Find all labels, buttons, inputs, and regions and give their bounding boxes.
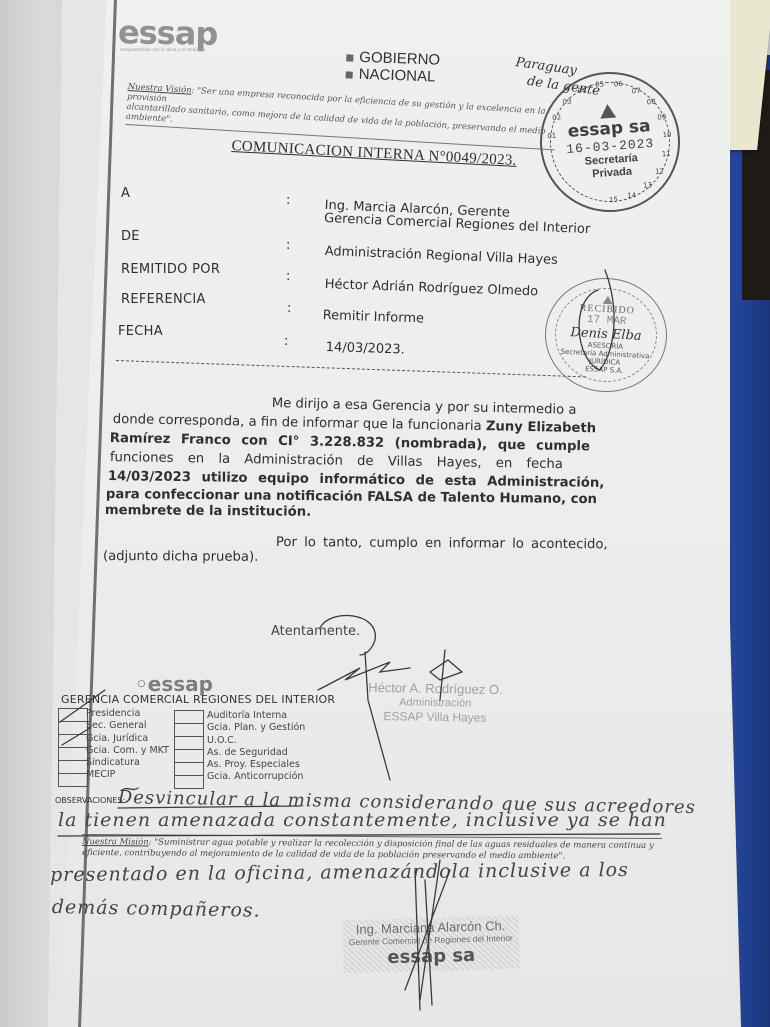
field-colon: : (287, 301, 291, 316)
secretaria-privada-stamp: essap sa 16-03-2023 Secretaría Privada 0… (535, 67, 684, 216)
recibido-signature: Denis Elba (570, 325, 642, 344)
distribution-item: U.O.C. (207, 735, 305, 747)
distribution-item: Gcia. Anticorrupción (207, 771, 305, 783)
field-label: DE (121, 229, 140, 244)
handwritten-observation-line4: demás compañeros. (52, 896, 261, 922)
dial-number: 12 (655, 167, 664, 176)
distribution-checkbox (174, 736, 204, 749)
distribution-checkbox (58, 708, 88, 721)
field-label: FECHA (118, 324, 163, 339)
distribution-checkbox (174, 710, 204, 723)
square-bullet-icon (346, 54, 353, 61)
distribution-item: Gcia. Jurídica (86, 733, 169, 745)
essap-logo-tagline: comprometidos con la salud y el ambiente (120, 47, 205, 52)
signer-name: Héctor A. Rodríguez O. (368, 681, 503, 697)
recibido-date: 17 MAR (587, 314, 627, 328)
distribution-right-boxes (174, 710, 204, 789)
recibido-line4: ESSAP S.A. (585, 365, 624, 375)
distribution-checkbox (174, 775, 204, 788)
dial-number: 14 (627, 191, 636, 200)
dial-number: 10 (662, 131, 671, 140)
distribution-item: Gcia. Plan. y Gestión (207, 722, 305, 734)
body-line: membrete de la institución. (105, 503, 311, 520)
distribution-heading: GERENCIA COMERCIAL REGIONES DEL INTERIOR (61, 693, 335, 706)
field-colon: : (286, 193, 290, 208)
field-colon: : (284, 334, 288, 349)
manager-stamp-brand: essap sa (349, 944, 513, 969)
dial-number: 13 (643, 181, 652, 190)
distribution-item: MECIP (86, 769, 169, 781)
recibido-line3: JURÍDICA (589, 357, 621, 367)
dial-number: 11 (662, 150, 671, 159)
dial-number: 04 (577, 87, 586, 96)
distribution-item: As. de Seguridad (207, 747, 305, 759)
distribution-item: As. Proy. Especiales (207, 759, 305, 771)
triangle-icon (603, 296, 613, 305)
mission-label: Nuestra Misión (82, 837, 149, 847)
dial-number: 03 (562, 98, 571, 107)
distribution-checkbox (174, 762, 204, 775)
distribution-item: Sindicatura (86, 757, 169, 769)
recibido-line1: ASESORÍA (588, 341, 624, 351)
distribution-item: Presidencia (86, 708, 169, 720)
distribution-item: Sec. General (86, 720, 169, 732)
distribution-checkbox (58, 773, 88, 786)
signer-office: ESSAP Villa Hayes (368, 709, 503, 725)
dial-number: 08 (646, 97, 655, 106)
dial-number: 01 (547, 132, 556, 141)
square-bullet-icon (346, 71, 353, 78)
dial-number: 07 (631, 86, 640, 95)
field-colon: : (286, 238, 290, 253)
employee-name-bold: Zuny Elizabeth (486, 419, 597, 436)
dial-number: 05 (595, 81, 604, 90)
distribution-left-list: PresidenciaSec. GeneralGcia. JurídicaGci… (86, 708, 169, 782)
distribution-item: Auditoría Interna (207, 710, 305, 722)
signer-stamp: Héctor A. Rodríguez O. Administración ES… (368, 681, 503, 725)
distribution-left-boxes (58, 708, 88, 787)
field-value: 14/03/2023. (326, 340, 405, 357)
dial-number: 06 (614, 80, 623, 89)
distribution-item: Gcia. Com. y MKT (86, 745, 169, 757)
distribution-checkbox (174, 749, 204, 762)
field-value-line1: 14/03/2023. (326, 340, 405, 357)
manager-stamp: Ing. Marciana Alarcón Ch. Gerente Comerc… (342, 916, 519, 974)
field-label: REFERENCIA (121, 292, 206, 307)
distribution-checkbox (174, 723, 204, 736)
recibido-label: RECIBIDO (579, 303, 635, 317)
distribution-checkbox (58, 760, 88, 773)
government-line2: NACIONAL (358, 66, 435, 86)
stamp-date-dial: 010203040506070809101112131415 (537, 69, 682, 214)
gobierno-nacional-logo: GOBIERNO NACIONAL (345, 48, 440, 85)
field-colon: : (286, 269, 290, 284)
dial-number: 15 (609, 196, 618, 205)
handwritten-observation-line2: la tienen amenazada constantemente, incl… (58, 809, 667, 831)
body-line: (adjunto dicha prueba). (103, 549, 258, 565)
closing: Atentamente. (271, 624, 360, 639)
dial-number: 02 (552, 114, 561, 123)
distribution-checkbox (58, 734, 88, 747)
field-label: REMITIDO POR (121, 262, 220, 277)
recibido-line2: Secretaría Administrativa (560, 348, 649, 361)
field-label: A (121, 186, 130, 201)
box-bottom-border (58, 786, 88, 787)
body-line: Por lo tanto, cumplo en informar lo acon… (276, 535, 608, 552)
distribution-right-list: Auditoría InternaGcia. Plan. y GestiónU.… (207, 710, 305, 784)
distribution-checkbox (58, 747, 88, 760)
dial-number: 09 (657, 113, 666, 122)
distribution-checkbox (58, 721, 88, 734)
observaciones-label: OBSERVACIONES: (55, 796, 125, 805)
